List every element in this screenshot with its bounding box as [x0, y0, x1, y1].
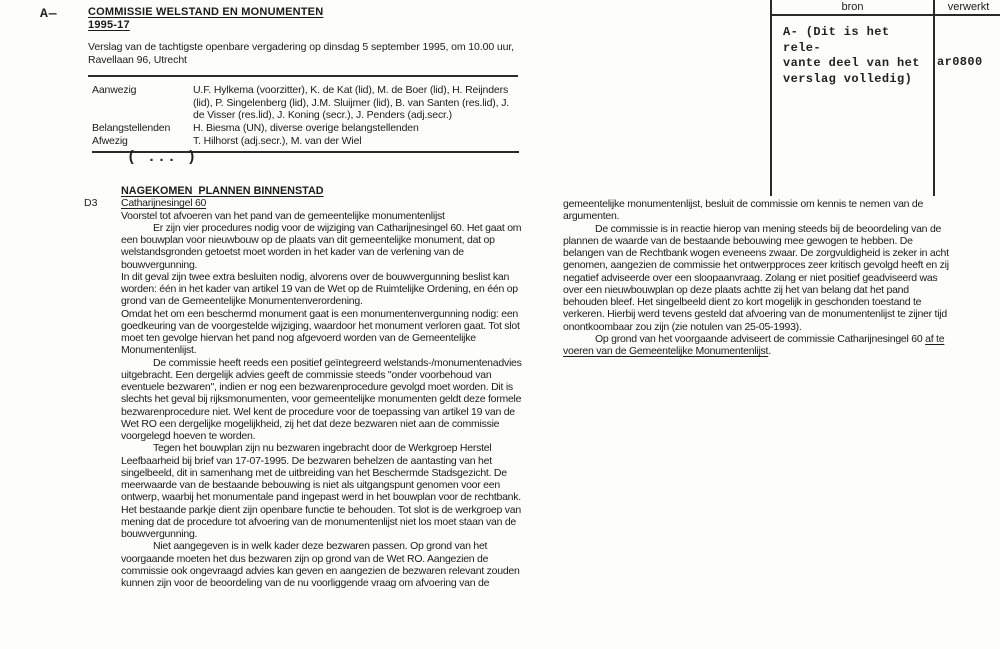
- advice-paragraph: Op grond van het voorgaande adviseert de…: [563, 333, 954, 358]
- attendance-row-interested: Belangstellenden H. Biesma (UN), diverse…: [92, 122, 519, 135]
- body-paragraph: Tegen het bouwplan zijn nu bezwaren inge…: [121, 442, 523, 540]
- archive-code: ar0800: [937, 55, 983, 69]
- meeting-subtitle: Verslag van de tachtigste openbare verga…: [88, 41, 518, 67]
- body-paragraph: Er zijn vier procedures nodig voor de wi…: [121, 222, 523, 271]
- table-column-divider: [933, 0, 935, 196]
- document-page: A— COMMISSIE WELSTAND EN MONUMENTEN 1995…: [0, 0, 1000, 649]
- attendance-value: U.F. Hylkema (voorzitter), K. de Kat (li…: [193, 84, 519, 122]
- body-paragraph: De commissie heeft reeds een positief ge…: [121, 357, 523, 443]
- column-header-verwerkt: verwerkt: [935, 1, 1000, 13]
- advice-period: .: [768, 345, 771, 357]
- advice-text: Op grond van het voorgaande adviseert de…: [595, 333, 925, 345]
- body-paragraph: De commissie is in reactie hierop van me…: [563, 223, 954, 333]
- attendance-value: H. Biesma (UN), diverse overige belangst…: [193, 122, 519, 135]
- body-paragraph: gemeentelijke monumentenlijst, besluit d…: [563, 198, 954, 223]
- attendance-label: Belangstellenden: [92, 122, 193, 135]
- omission-mark: ( ... ): [127, 149, 197, 166]
- body-paragraph: In dit geval zijn twee extra besluiten n…: [121, 271, 523, 308]
- commission-title: COMMISSIE WELSTAND EN MONUMENTEN: [88, 6, 518, 19]
- agenda-item-code: D3: [84, 197, 97, 209]
- registration-table: bron verwerkt A- (Dit is het rele- vante…: [770, 0, 1000, 196]
- section-heading: NAGEKOMEN PLANNEN BINNENSTAD: [121, 185, 523, 197]
- margin-mark-a: A—: [40, 6, 58, 21]
- attendance-row-absent: Afwezig T. Hilhorst (adj.secr.), M. van …: [92, 135, 519, 148]
- right-text-column: gemeentelijke monumentenlijst, besluit d…: [563, 198, 954, 357]
- typed-source-note: A- (Dit is het rele- vante deel van het …: [783, 25, 933, 87]
- column-header-bron: bron: [772, 1, 933, 13]
- attendance-label: Afwezig: [92, 135, 193, 148]
- body-paragraph: Niet aangegeven is in welk kader deze be…: [121, 540, 523, 589]
- left-text-column: NAGEKOMEN PLANNEN BINNENSTAD Catharijnes…: [121, 185, 523, 589]
- report-number: 1995-17: [88, 19, 518, 32]
- table-header-rule: [772, 14, 1000, 16]
- attendance-row-present: Aanwezig U.F. Hylkema (voorzitter), K. d…: [92, 84, 519, 122]
- attendance-block: Aanwezig U.F. Hylkema (voorzitter), K. d…: [92, 84, 519, 153]
- subject-address: Catharijnesingel 60: [121, 197, 523, 209]
- document-header: COMMISSIE WELSTAND EN MONUMENTEN 1995-17…: [88, 6, 518, 77]
- attendance-label: Aanwezig: [92, 84, 193, 122]
- body-paragraph: Omdat het om een beschermd monument gaat…: [121, 308, 523, 357]
- proposal-line: Voorstel tot afvoeren van het pand van d…: [121, 210, 523, 222]
- attendance-value: T. Hilhorst (adj.secr.), M. van der Wiel: [193, 135, 519, 148]
